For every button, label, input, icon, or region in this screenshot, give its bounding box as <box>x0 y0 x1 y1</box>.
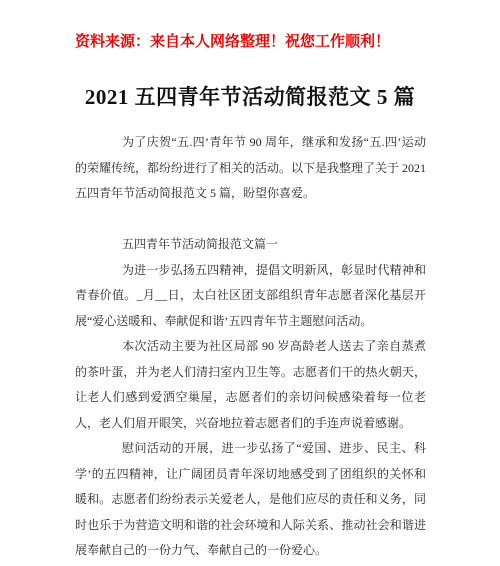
document-title: 2021 五四青年节活动简报范文 5 篇 <box>30 83 470 111</box>
paragraph-activity-summary: 慰问活动的开展，进一步弘扬了“爱国、进步、民主、科学’的五四精神，让广阔团员青年… <box>75 436 426 564</box>
section-heading-sample-one: 五四青年节活动简报范文篇一 <box>75 232 426 258</box>
paragraph-activity-purpose: 为进一步弘扬五四精神，提倡文明新风，彰显时代精神和青春价值。_月__日，太白社区… <box>75 258 426 335</box>
document-body: 为了庆贺“五.四’青年节 90 周年，继承和发扬“五.四’运动的荣耀传统，都纷纷… <box>75 130 426 564</box>
source-disclaimer-text: 资料来源：来自本人网络整理！祝您工作顺利！ <box>75 33 430 52</box>
document-page: 资料来源：来自本人网络整理！祝您工作顺利！ 2021 五四青年节活动简报范文 5… <box>0 0 500 566</box>
paragraph-intro: 为了庆贺“五.四’青年节 90 周年，继承和发扬“五.四’运动的荣耀传统，都纷纷… <box>75 130 426 207</box>
paragraph-activity-details: 本次活动主要为社区局部 90 岁高龄老人送去了亲自蒸煮的茶叶蛋，并为老人们清扫室… <box>75 334 426 436</box>
